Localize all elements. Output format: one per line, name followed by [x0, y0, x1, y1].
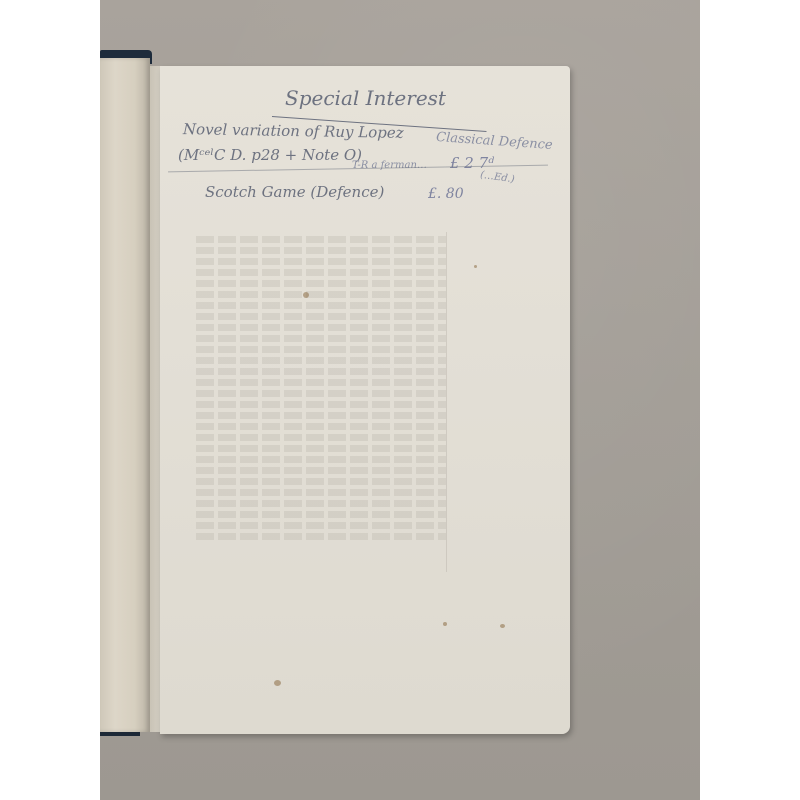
bleed-through-text — [196, 232, 447, 572]
handwritten-line-3: Scotch Game (Defence) — [205, 183, 384, 201]
handwritten-line-1: Novel variation of Ruy Lopez — [183, 120, 404, 142]
book-spine-paper — [100, 58, 150, 732]
handwritten-price-1: £ 2 7ᵈ — [450, 154, 494, 172]
handwritten-price-2: £. 80 — [428, 186, 464, 202]
foxing-spot — [303, 292, 309, 298]
foxing-spot — [443, 622, 447, 626]
handwritten-title: Special Interest — [285, 86, 446, 110]
handwritten-line-2-note: T-R a ferman… — [352, 160, 427, 171]
handwritten-line-2: (MᶜᵉˡC D. p28 + Note O) — [178, 146, 362, 164]
foxing-spot — [500, 624, 505, 628]
foxing-spot — [474, 265, 477, 268]
foxing-spot — [274, 680, 281, 686]
